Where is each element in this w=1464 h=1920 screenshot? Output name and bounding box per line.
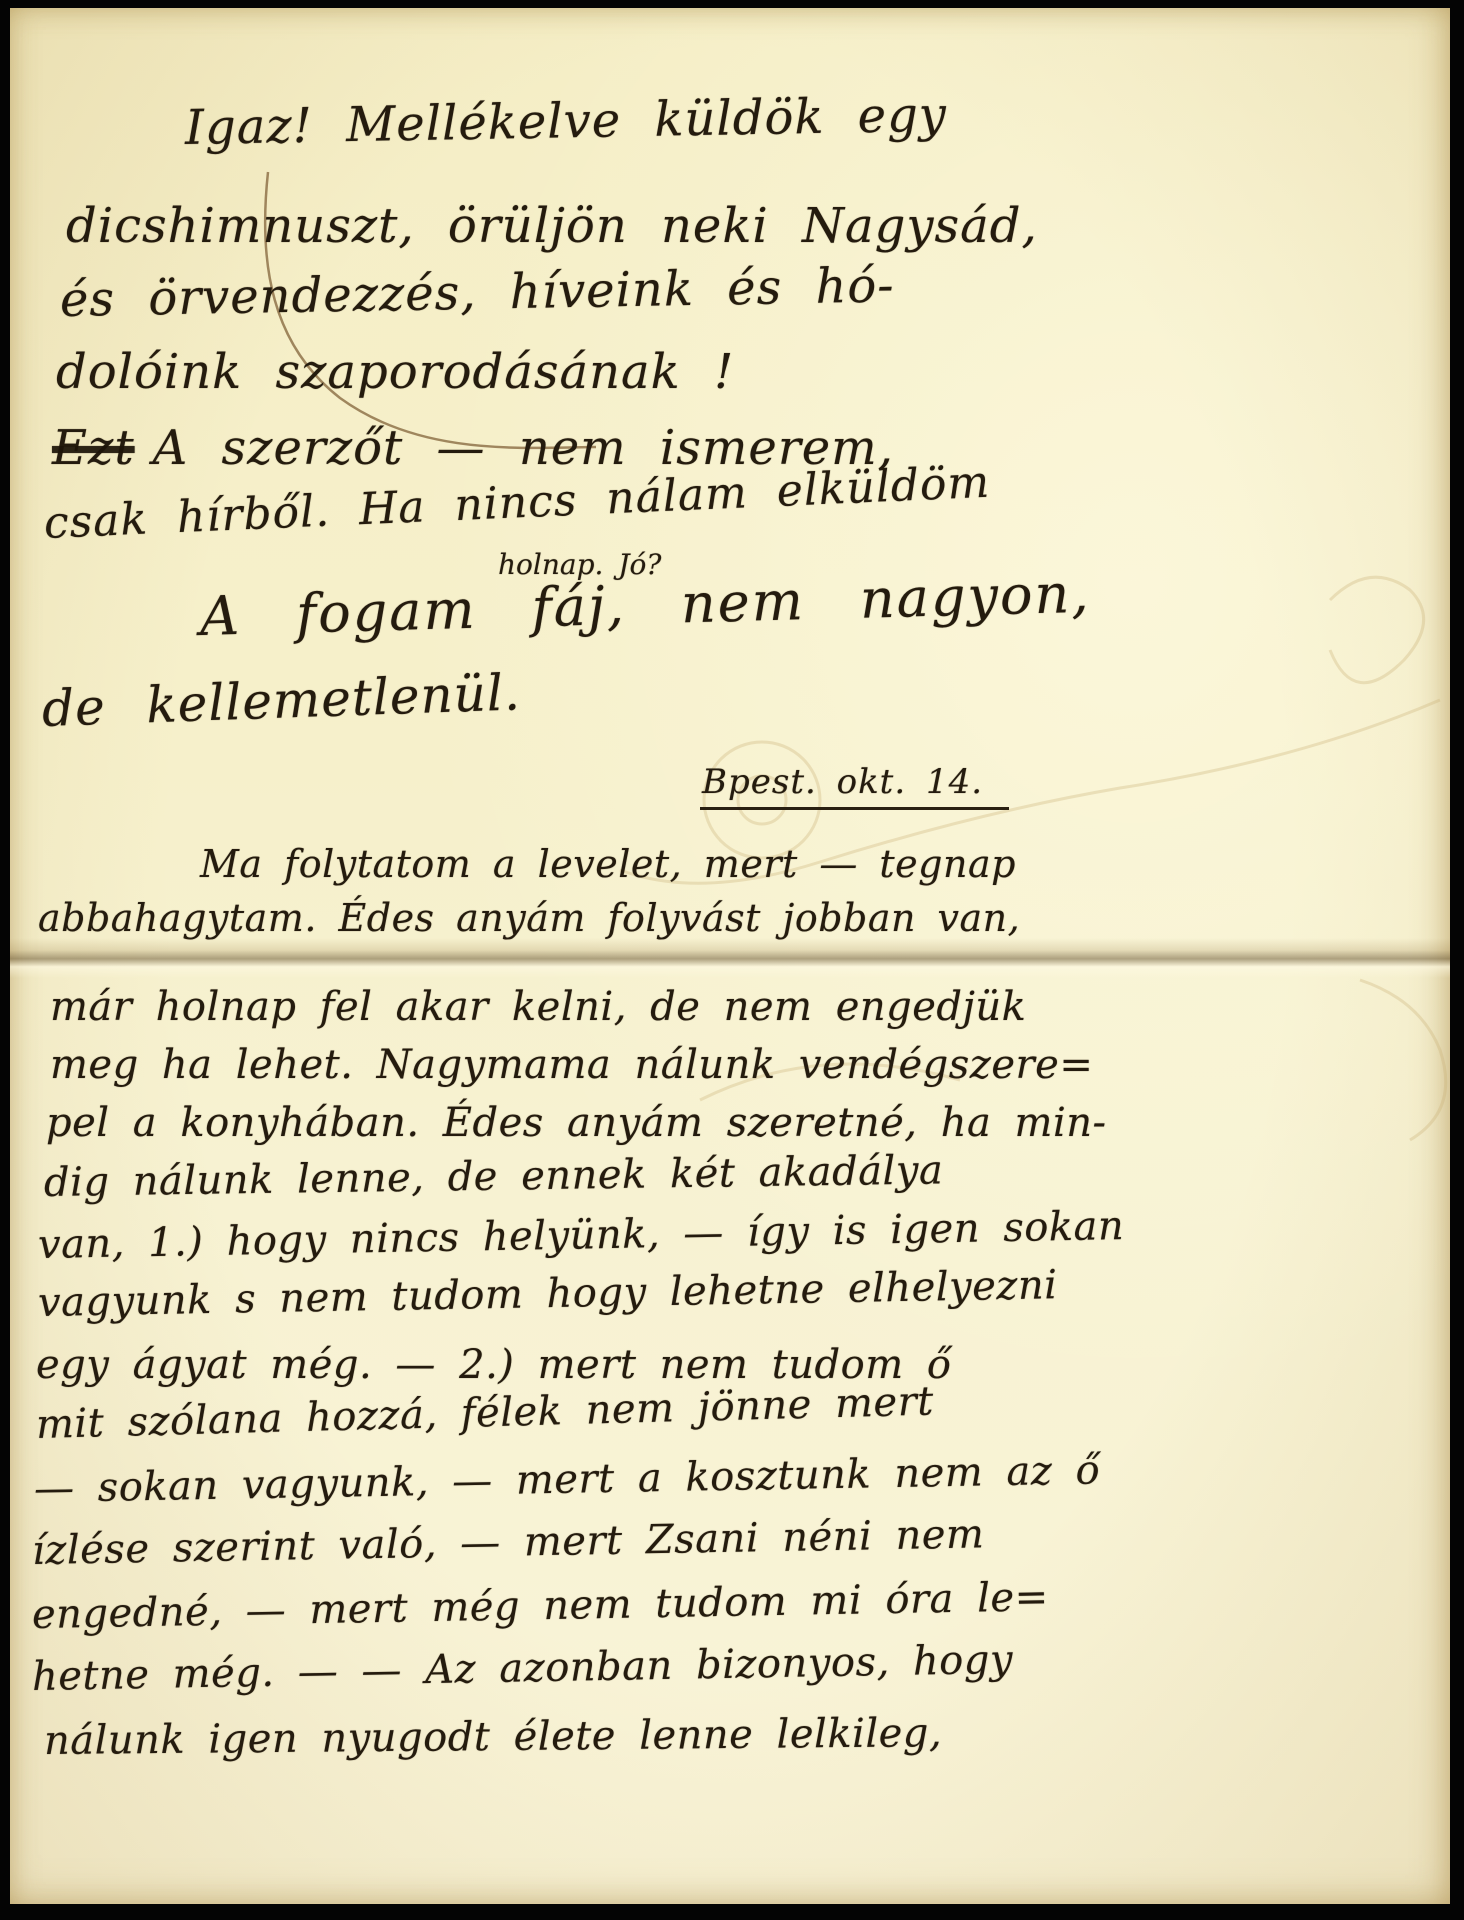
handwritten-line: dolóink szaporodásának !	[56, 344, 734, 400]
handwritten-line: már holnap fel akar kelni, de nem engedj…	[50, 984, 1026, 1030]
line-text: nálunk igen nyugodt élete lenne lelkileg…	[44, 1710, 943, 1764]
handwritten-line: meg ha lehet. Nagymama nálunk vendégszer…	[50, 1042, 1093, 1088]
date-text: Bpest. okt. 14.	[700, 762, 1009, 810]
date-line: Bpest. okt. 14.	[700, 762, 1009, 802]
handwritten-line: nálunk igen nyugodt élete lenne lelkileg…	[44, 1710, 943, 1764]
line-text: Ma folytatom a levelet, mert — tegnap	[200, 842, 1016, 886]
line-text: dicshimnuszt, örüljön neki Nagysád,	[66, 198, 1038, 254]
scanned-letter: Igaz! Mellékelve küldök egy dicshimnuszt…	[0, 0, 1464, 1920]
line-text: meg ha lehet. Nagymama nálunk vendégszer…	[50, 1042, 1093, 1088]
handwritten-line: pel a konyhában. Édes anyám szeretné, ha…	[46, 1100, 1107, 1146]
line-text: abbahagytam. Édes anyám folyvást jobban …	[38, 896, 1020, 940]
handwritten-line: abbahagytam. Édes anyám folyvást jobban …	[38, 896, 1020, 940]
line-text: pel a konyhában. Édes anyám szeretné, ha…	[46, 1100, 1107, 1146]
line-text: dolóink szaporodásának !	[56, 344, 734, 400]
struck-word: Ezt	[52, 420, 135, 476]
line-text: már holnap fel akar kelni, de nem engedj…	[50, 984, 1026, 1030]
fold-crease	[10, 938, 1450, 978]
handwritten-line: dicshimnuszt, örüljön neki Nagysád,	[66, 198, 1038, 254]
handwritten-line: Ma folytatom a levelet, mert — tegnap	[200, 842, 1016, 886]
